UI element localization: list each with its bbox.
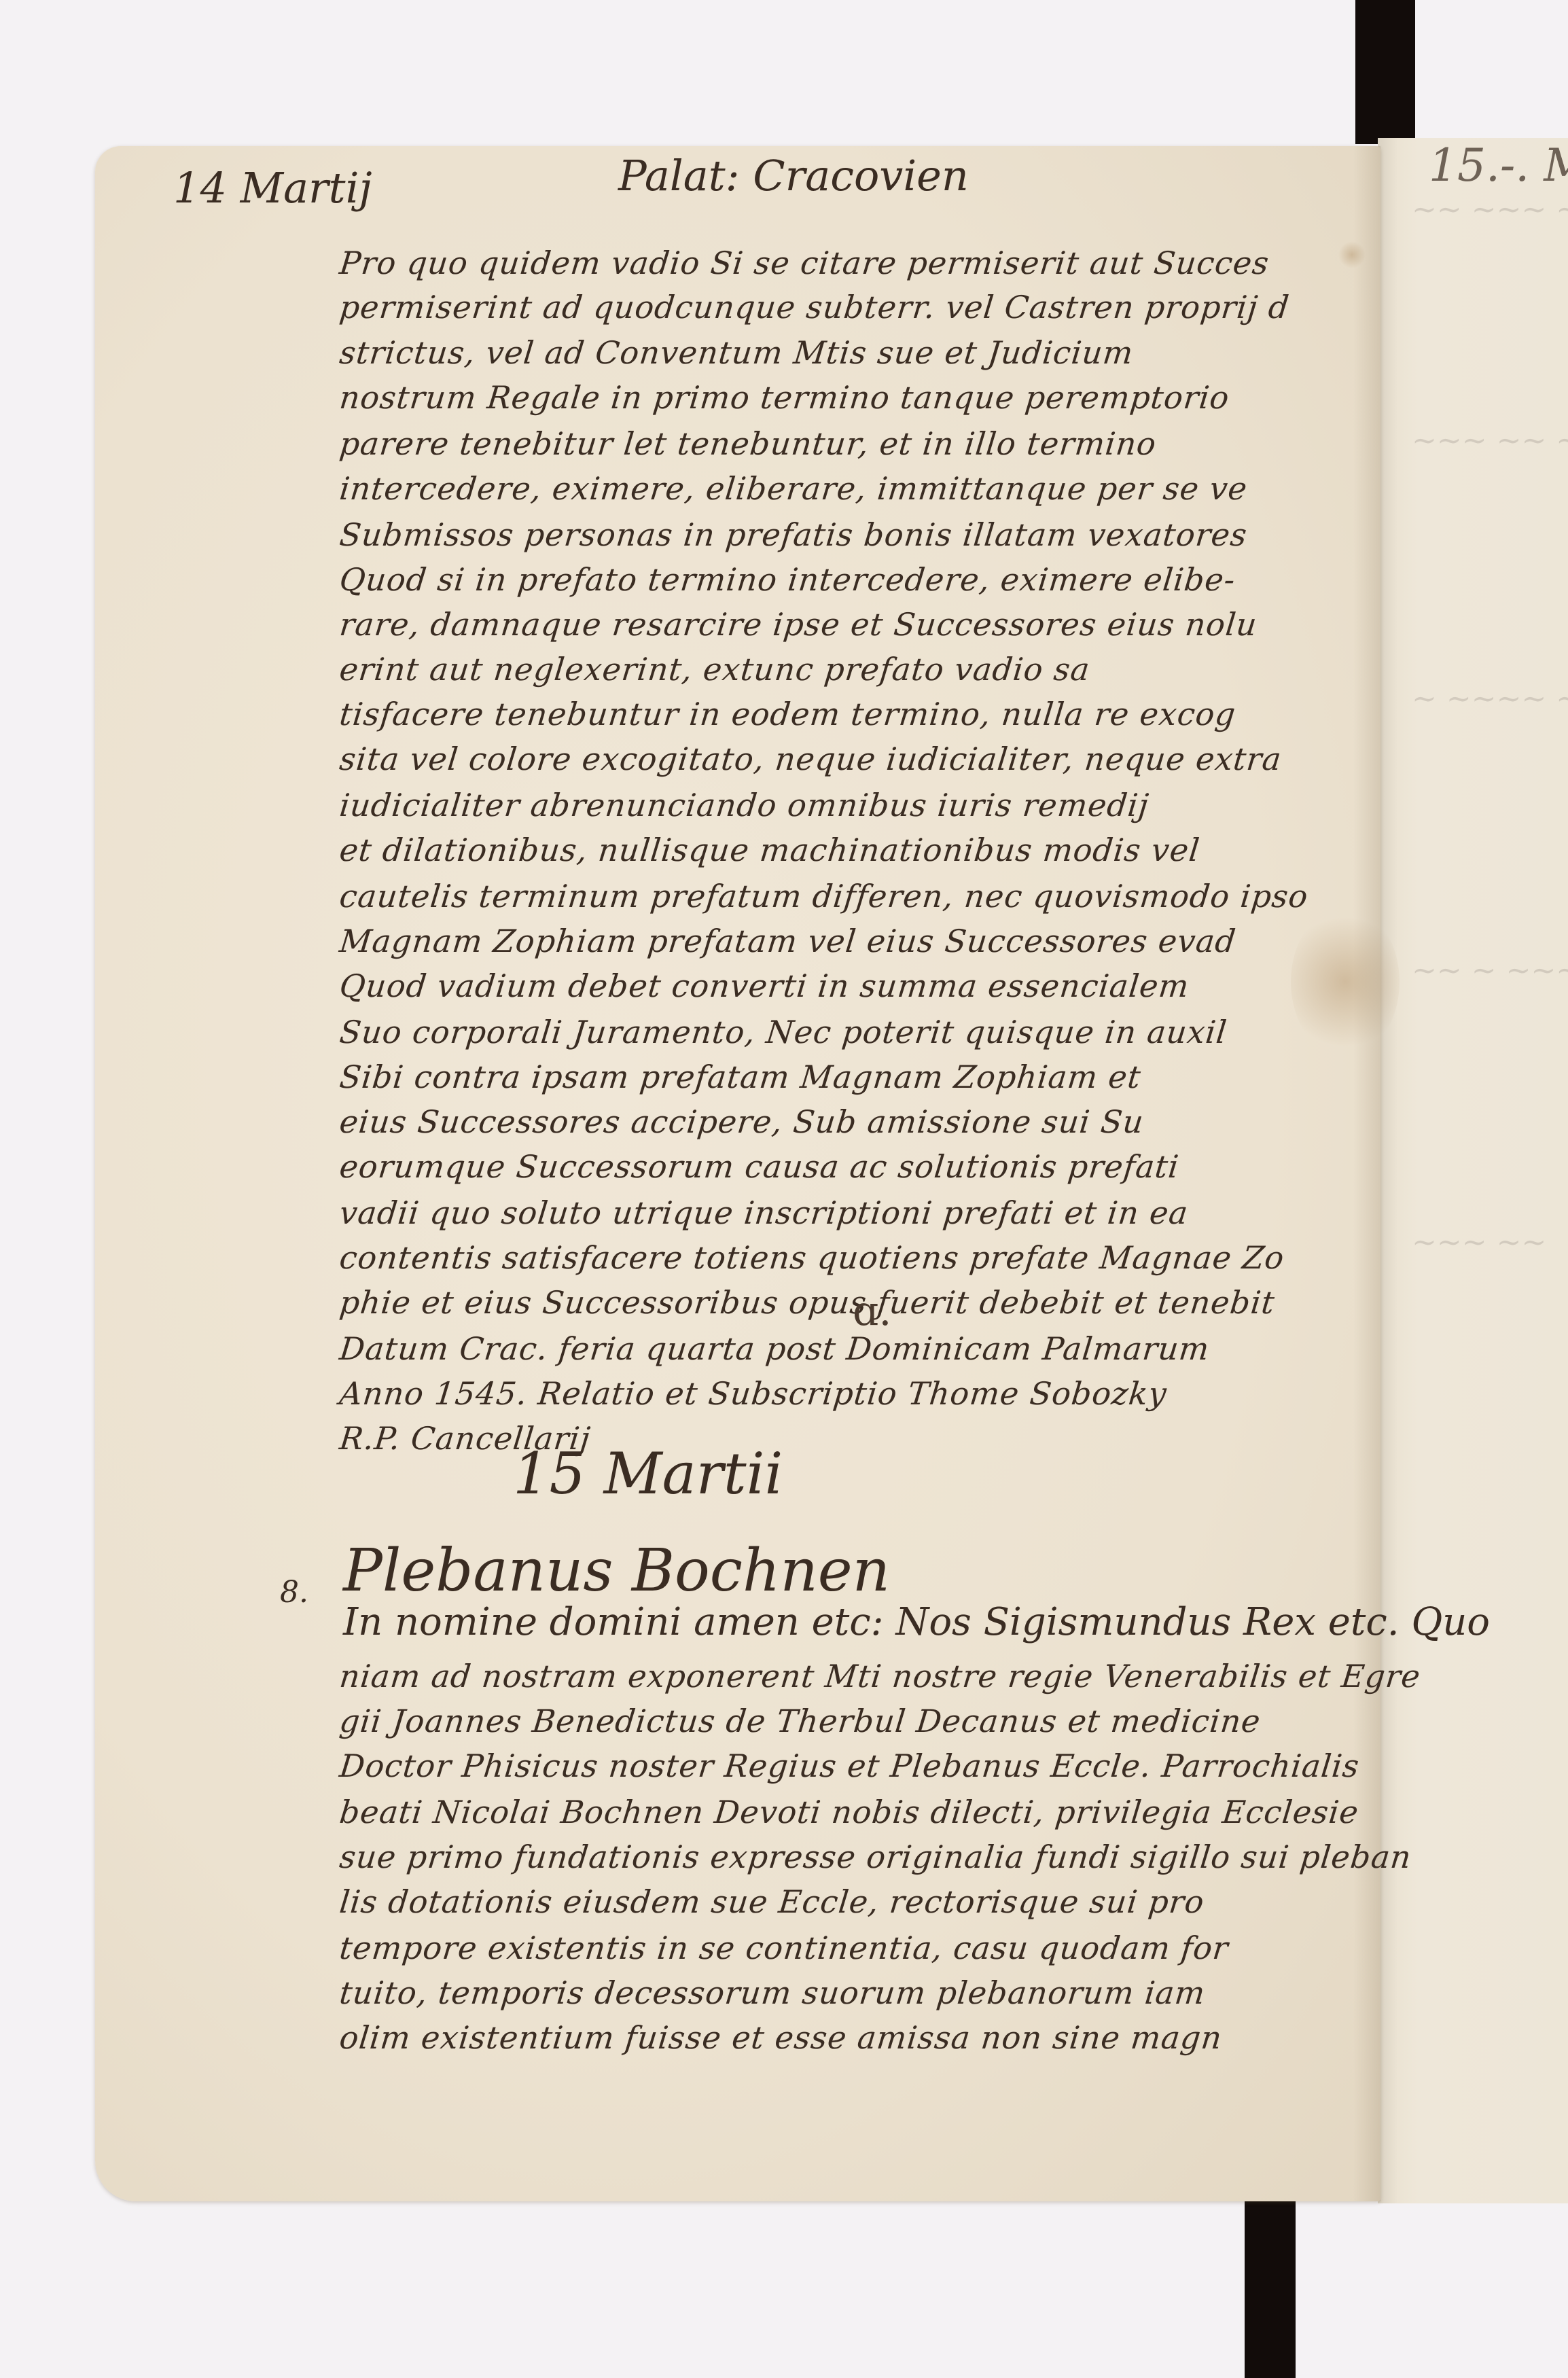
entry-1-line: permiserint ad quodcunque subterr. vel C… bbox=[338, 289, 1291, 325]
entry-2-line: Doctor Phisicus noster Regius et Plebanu… bbox=[338, 1747, 1361, 1784]
entry-1-line: erint aut neglexerint, extunc prefato va… bbox=[338, 651, 1092, 688]
entry-marginal-number: 8. bbox=[280, 1575, 308, 1610]
entry-1-line: sita vel colore excogitato, neque iudici… bbox=[338, 741, 1283, 777]
entry-2-line: sue primo fundationis expresse originali… bbox=[338, 1839, 1413, 1875]
entry-1-line: Submissos personas in prefatis bonis ill… bbox=[338, 516, 1249, 553]
entry-2-line: tuito, temporis decessorum suorum pleban… bbox=[338, 1974, 1207, 2011]
entry-1-line: eius Successores accipere, Sub amissione… bbox=[338, 1103, 1145, 1140]
running-head: Palat: Cracovien bbox=[618, 151, 969, 200]
entry-2-line: tempore existentis in se continentia, ca… bbox=[338, 1930, 1230, 1966]
entry-1-line: intercedere, eximere, eliberare, immitta… bbox=[338, 470, 1249, 507]
closing-flourish-mark: ɑ. bbox=[853, 1288, 891, 1335]
entry-2-line: niam ad nostram exponerent Mti nostre re… bbox=[338, 1658, 1423, 1694]
entry-title: Plebanus Bochnen bbox=[343, 1537, 890, 1605]
foxing-spot bbox=[1338, 241, 1366, 268]
binding-ribbon-top bbox=[1355, 0, 1415, 144]
entry-2-line: olim existentium fuisse et esse amissa n… bbox=[338, 2019, 1224, 2056]
entry-1-line: et dilationibus, nullisque machinationib… bbox=[338, 832, 1202, 868]
entry-1-line: parere tenebitur let tenebuntur, et in i… bbox=[338, 425, 1158, 462]
water-stain bbox=[1291, 907, 1400, 1057]
entry-1-line: Quod vadium debet converti in summa esse… bbox=[338, 968, 1191, 1004]
entry-1-line: Anno 1545. Relatio et Subscriptio Thome … bbox=[338, 1375, 1169, 1412]
entry-1-line: Sibi contra ipsam prefatam Magnam Zophia… bbox=[338, 1059, 1143, 1095]
entry-1-line: vadii quo soluto utrique inscriptioni pr… bbox=[338, 1194, 1190, 1231]
entry-1-line: Magnam Zophiam prefatam vel eius Success… bbox=[338, 923, 1238, 959]
entry-2-line: lis dotationis eiusdem sue Eccle, rector… bbox=[338, 1883, 1206, 1920]
entry-1-line: strictus, vel ad Conventum Mtis sue et J… bbox=[338, 334, 1135, 371]
entry-1-line: Datum Crac. feria quarta post Dominicam … bbox=[338, 1330, 1211, 1367]
entry-2-line: beati Nicolai Bochnen Devoti nobis dilec… bbox=[338, 1794, 1361, 1830]
entry-1-line: cautelis terminum prefatum differen, nec… bbox=[338, 878, 1310, 915]
entry-1-line: Pro quo quidem vadio Si se citare permis… bbox=[338, 245, 1271, 281]
date-heading: 15 Martii bbox=[513, 1440, 783, 1507]
facing-page-header: 15.-. Ma bbox=[1429, 139, 1568, 192]
binding-ribbon-bottom bbox=[1245, 2200, 1296, 2378]
entry-1-line: Quod si in prefato termino intercedere, … bbox=[338, 561, 1237, 598]
entry-1-line: rare, damnaque resarcire ipse et Success… bbox=[338, 606, 1259, 643]
entry-1-line: nostrum Regale in primo termino tanque p… bbox=[338, 379, 1231, 416]
entry-1-line: eorumque Successorum causa ac solutionis… bbox=[338, 1148, 1181, 1185]
margin-date: 14 Martij bbox=[173, 163, 372, 213]
entry-1-line: Suo corporali Juramento, Nec poterit qui… bbox=[338, 1014, 1229, 1050]
entry-1-line: phie et eius Successoribus opus fuerit d… bbox=[338, 1284, 1277, 1321]
entry-2-line: gii Joannes Benedictus de Therbul Decanu… bbox=[338, 1703, 1262, 1739]
entry-1-line: contentis satisfacere totiens quotiens p… bbox=[338, 1239, 1286, 1276]
entry-1-line: tisfacere tenebuntur in eodem termino, n… bbox=[338, 696, 1238, 732]
facing-page: ~~ ~~~ ~~~ ~~~ ~~ ~ ~ ~~~~ ~~ ~~ ~ ~~~ ~… bbox=[1378, 138, 1568, 2203]
entry-1-line: iudicialiter abrenunciando omnibus iuris… bbox=[338, 787, 1151, 823]
entry-invocation: In nomine domini amen etc: Nos Sigismund… bbox=[343, 1600, 1490, 1644]
